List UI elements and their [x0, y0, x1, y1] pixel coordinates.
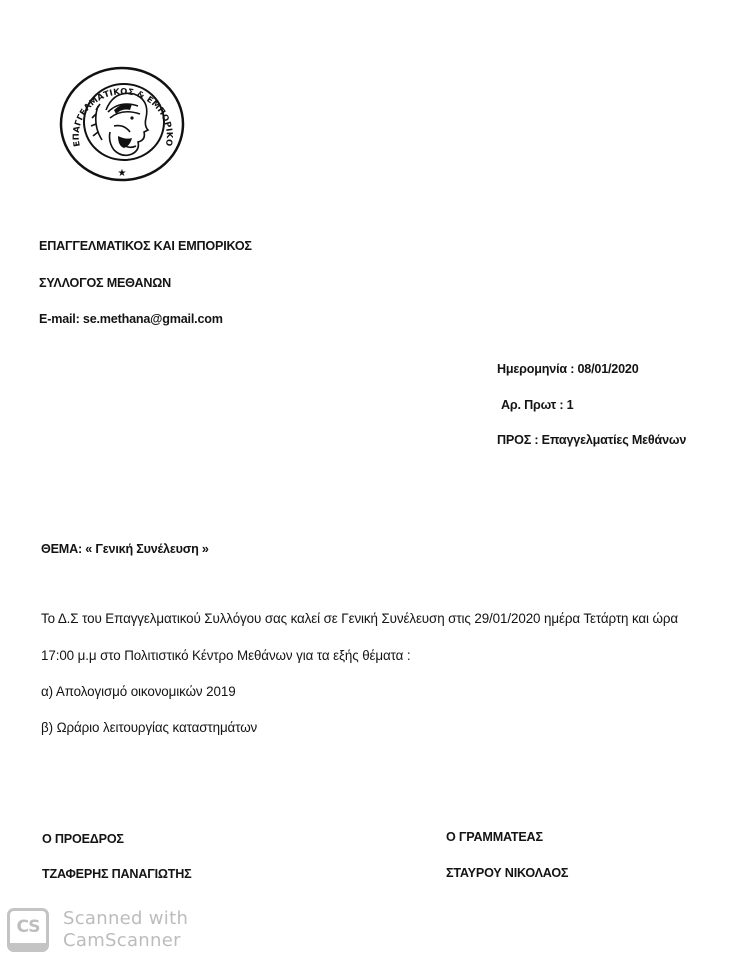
- agenda-item: β) Ωράριο λειτουργίας καταστημάτων: [41, 720, 257, 735]
- seal-icon: ΕΠΑΓΓΕΛΜΑΤΙΚΟΣ & ΕΜΠΟΡΙΚΟΣ ΣΥΛΛΟΓΟΣ ΜΕΘΑ…: [58, 66, 186, 184]
- secretary-title: Ο ΓΡΑΜΜΑΤΕΑΣ: [446, 830, 543, 844]
- camscanner-logo-label: CS: [16, 917, 39, 937]
- president-title: Ο ΠΡΟΕΔΡΟΣ: [42, 832, 124, 846]
- org-email: E-mail: se.methana@gmail.com: [39, 312, 223, 326]
- watermark-line2: CamScanner: [63, 930, 188, 952]
- recipient: ΠΡΟΣ : Επαγγελματίες Μεθάνων: [497, 433, 686, 447]
- camscanner-watermark: CS Scanned with CamScanner: [7, 908, 188, 952]
- org-name-line1: ΕΠΑΓΓΕΛΜΑΤΙΚΟΣ ΚΑΙ ΕΜΠΟΡΙΚΟΣ: [39, 239, 252, 253]
- org-name-line2: ΣΥΛΛΟΓΟΣ ΜΕΘΑΝΩΝ: [39, 276, 171, 290]
- watermark-line1: Scanned with: [63, 908, 188, 930]
- subject-line: ΘΕΜΑ: « Γενική Συνέλευση »: [41, 542, 209, 556]
- protocol-number: Αρ. Πρωτ : 1: [501, 398, 573, 412]
- body-paragraph-line2: 17:00 μ.μ στο Πολιτιστικό Κέντρο Μεθάνων…: [41, 648, 411, 663]
- agenda-item: α) Απολογισμό οικονομικών 2019: [41, 684, 236, 699]
- camscanner-logo-icon: CS: [7, 908, 49, 952]
- association-seal-logo: ΕΠΑΓΓΕΛΜΑΤΙΚΟΣ & ΕΜΠΟΡΙΚΟΣ ΣΥΛΛΟΓΟΣ ΜΕΘΑ…: [58, 66, 186, 184]
- secretary-name: ΣΤΑΥΡΟΥ ΝΙΚΟΛΑΟΣ: [446, 866, 568, 880]
- body-paragraph-line1: Το Δ.Σ του Επαγγελματικού Συλλόγου σας κ…: [41, 611, 678, 626]
- document-date: Ημερομηνία : 08/01/2020: [497, 362, 639, 376]
- president-name: ΤΖΑΦΕΡΗΣ ΠΑΝΑΓΙΩΤΗΣ: [42, 867, 192, 881]
- camscanner-text: Scanned with CamScanner: [63, 908, 188, 952]
- svg-text:★: ★: [118, 168, 127, 179]
